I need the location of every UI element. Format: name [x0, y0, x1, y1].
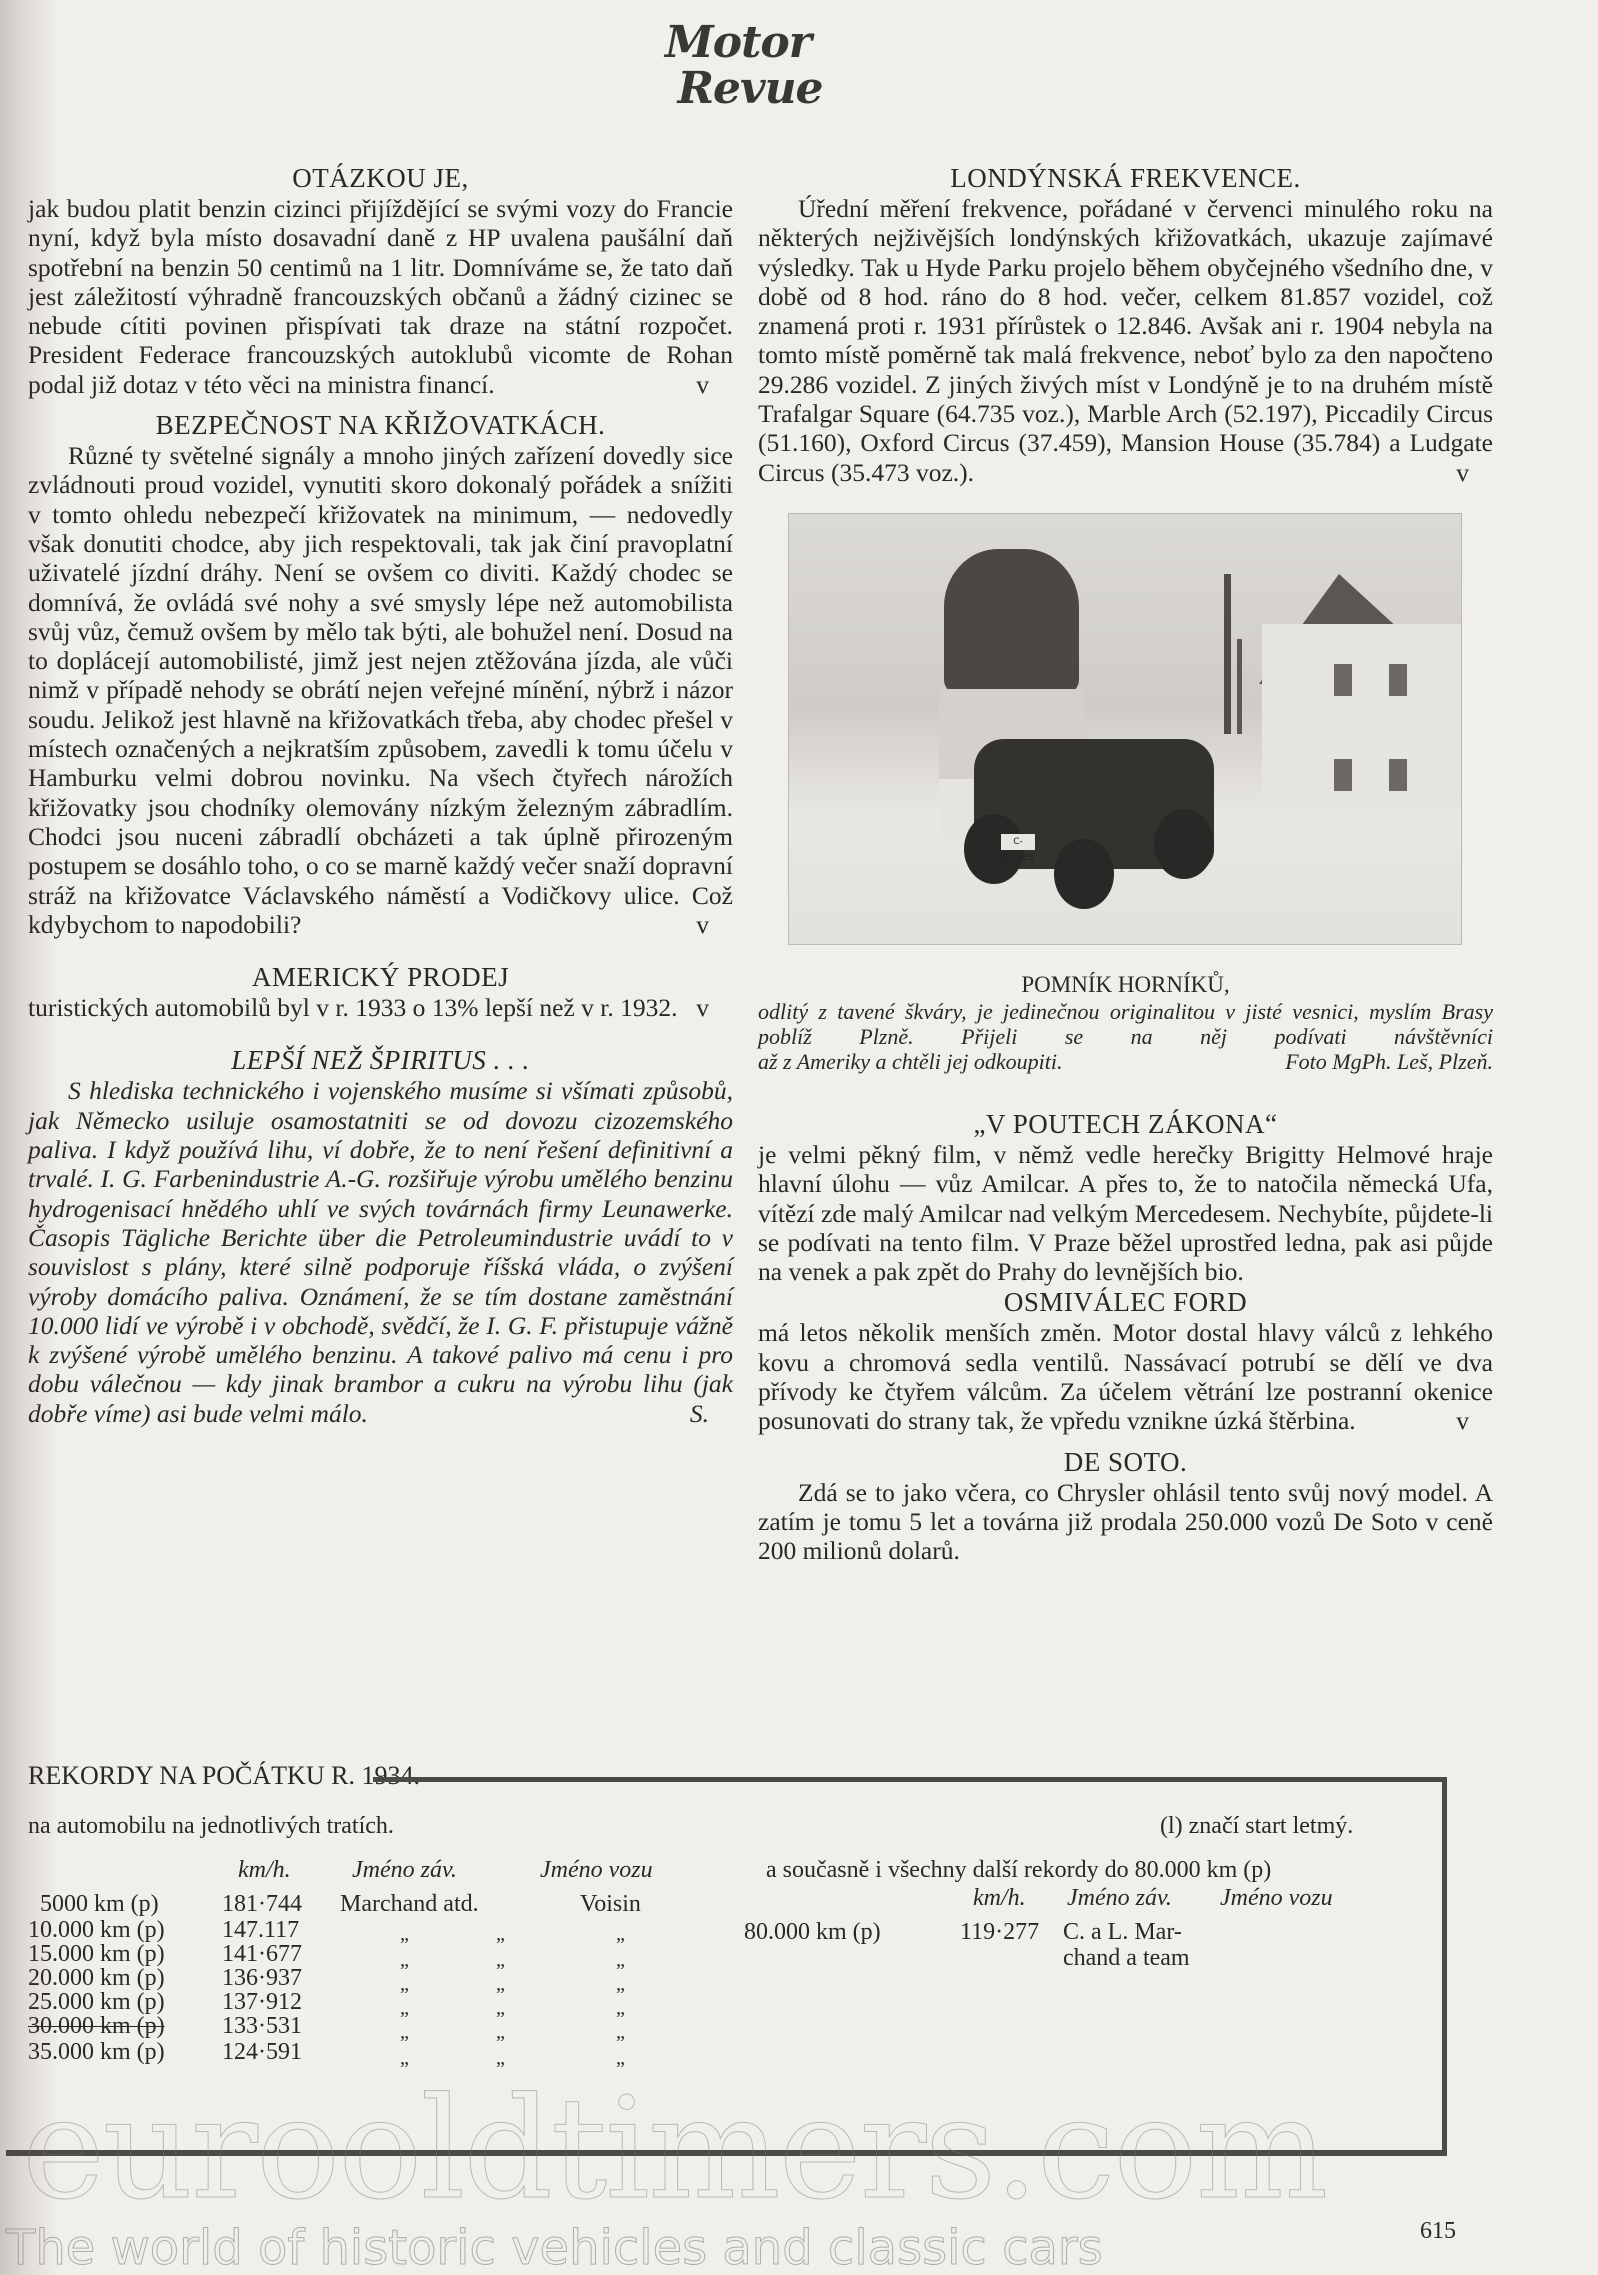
- article-heading: OTÁZKOU JE,: [28, 162, 733, 194]
- ditto-mark: „: [496, 1948, 505, 1972]
- article-heading: LEPŠÍ NEŽ ŠPIRITUS . . .: [28, 1044, 733, 1076]
- right-column: LONDÝNSKÁ FREKVENCE. Úřední měření frekv…: [758, 162, 1493, 1566]
- row-driver: chand a team: [1063, 1946, 1190, 1970]
- house: [1262, 624, 1462, 794]
- row-driver: „: [400, 1922, 409, 1946]
- house-window: [1334, 664, 1352, 696]
- box-rule-top: [373, 1777, 1445, 1782]
- watermark-tagline: The world of historic vehicles and class…: [6, 2222, 1103, 2274]
- article-body: je velmi pěkný film, v němž vedle herečk…: [758, 1140, 1493, 1286]
- left-column: OTÁZKOU JE, jak budou platit benzin cizi…: [28, 162, 733, 1428]
- records-table: REKORDY NA POČÁTKU R. 1934. na automobil…: [0, 1750, 1598, 2210]
- article-signature: v: [696, 370, 709, 399]
- col-header-speed: km/h.: [973, 1886, 1026, 1910]
- row-distance: 15.000 km (p): [28, 1942, 165, 1966]
- row-car: „: [616, 2046, 625, 2070]
- ditto-mark: „: [496, 1996, 505, 2020]
- row-distance: 35.000 km (p): [28, 2040, 165, 2064]
- house-window: [1389, 664, 1407, 696]
- ditto-mark: „: [496, 1972, 505, 1996]
- col-header-driver: Jméno záv.: [352, 1858, 457, 1882]
- row-speed: 119·277: [960, 1920, 1039, 1944]
- article-heading: LONDÝNSKÁ FREKVENCE.: [758, 162, 1493, 194]
- article-body: jak budou platit benzin cizinci přijíždě…: [28, 194, 733, 399]
- row-distance: 5000 km (p): [40, 1892, 159, 1916]
- photo-credit: Foto MgPh. Leš, Plzeň.: [1285, 1049, 1493, 1074]
- masthead-logo: Motor Revue: [648, 20, 828, 128]
- col-header-car: Jméno vozu: [1220, 1886, 1333, 1910]
- miners-statue: [944, 549, 1079, 694]
- row-driver: „: [400, 1972, 409, 1996]
- row-driver: „: [400, 1948, 409, 1972]
- article-body: S hlediska technického i vojenského musí…: [28, 1076, 733, 1428]
- row-speed: 181·744: [222, 1892, 302, 1916]
- car-wheel: [1154, 809, 1214, 879]
- records-note: (l) značí start letmý.: [1160, 1814, 1353, 1838]
- caption-title: POMNÍK HORNÍKŮ,: [758, 971, 1493, 999]
- row-distance: 25.000 km (p): [28, 1990, 165, 2014]
- article-signature: S.: [650, 1399, 709, 1428]
- row-speed: 136·937: [222, 1966, 302, 1990]
- row-speed: 137·912: [222, 1990, 302, 2014]
- ditto-mark: „: [496, 2046, 505, 2070]
- row-car: Voisin: [580, 1892, 641, 1916]
- house-window: [1389, 759, 1407, 791]
- masthead-line1: Motor: [648, 20, 828, 66]
- license-plate: C-91.583: [1001, 834, 1035, 850]
- row-car: „: [616, 1972, 625, 1996]
- col-header-car: Jméno vozu: [540, 1858, 653, 1882]
- article-body: Úřední měření frekvence, pořádané v červ…: [758, 194, 1493, 487]
- row-car: „: [616, 1922, 625, 1946]
- ditto-mark: „: [496, 1922, 505, 1946]
- article-signature: v: [1416, 458, 1469, 487]
- row-car: „: [616, 1996, 625, 2020]
- row-distance: 80.000 km (p): [744, 1920, 881, 1944]
- row-speed: 147.117: [222, 1918, 299, 1942]
- row-speed: 133·531: [222, 2014, 302, 2038]
- row-distance: 30.000 km (p): [28, 2014, 165, 2038]
- article-heading: DE SOTO.: [758, 1446, 1493, 1478]
- row-driver: Marchand atd.: [340, 1892, 479, 1916]
- caption-last-line: až z Ameriky a chtěli jej odkoupiti.: [758, 1049, 1062, 1074]
- factory-chimney: [1224, 574, 1231, 734]
- page-number: 615: [1420, 2218, 1456, 2245]
- row-driver: „: [400, 2046, 409, 2070]
- photo-caption: POMNÍK HORNÍKŮ, odlitý z tavené škváry, …: [758, 971, 1493, 1074]
- row-driver: C. a L. Mar-: [1063, 1920, 1182, 1944]
- article-heading: AMERICKÝ PRODEJ: [28, 961, 733, 993]
- monument-photo: C-91.583: [788, 513, 1462, 945]
- records-also-line: a současně i všechny další rekordy do 80…: [766, 1858, 1271, 1882]
- masthead-line2: Revue: [672, 66, 828, 112]
- ditto-mark: „: [496, 2020, 505, 2044]
- box-rule-bottom: [6, 2150, 1447, 2156]
- article-signature: v: [1456, 1406, 1469, 1435]
- row-driver: „: [400, 2020, 409, 2044]
- row-distance: 20.000 km (p): [28, 1966, 165, 1990]
- factory-chimney: [1237, 639, 1242, 734]
- col-header-speed: km/h.: [238, 1858, 291, 1882]
- article-body: Zdá se to jako včera, co Chrysler ohlási…: [758, 1478, 1493, 1566]
- row-car: „: [616, 2020, 625, 2044]
- row-car: „: [616, 1948, 625, 1972]
- row-speed: 141·677: [222, 1942, 302, 1966]
- row-driver: „: [400, 1996, 409, 2020]
- row-distance: 10.000 km (p): [28, 1918, 165, 1942]
- house-window: [1334, 759, 1352, 791]
- car-wheel: [1054, 839, 1114, 909]
- col-header-driver: Jméno záv.: [1067, 1886, 1172, 1910]
- article-signature: v: [656, 910, 709, 939]
- records-subtitle: na automobilu na jednotlivých tratích.: [28, 1814, 394, 1838]
- article-body: turistických automobilů byl v r. 1933 o …: [28, 993, 733, 1022]
- caption-body: odlitý z tavené škváry, je jedinečnou or…: [758, 999, 1493, 1049]
- row-speed: 124·591: [222, 2040, 302, 2064]
- article-heading: BEZPEČNOST NA KŘIŽOVATKÁCH.: [28, 409, 733, 441]
- article-heading: OSMIVÁLEC FORD: [758, 1286, 1493, 1318]
- article-body: má letos několik menších změn. Motor dos…: [758, 1318, 1493, 1435]
- records-title: REKORDY NA POČÁTKU R. 1934.: [28, 1764, 420, 1788]
- article-signature: v: [696, 993, 709, 1022]
- article-body: Různé ty světelné signály a mnoho jiných…: [28, 441, 733, 939]
- article-heading: „V POUTECH ZÁKONA“: [758, 1108, 1493, 1140]
- box-rule-right: [1442, 1777, 1447, 2155]
